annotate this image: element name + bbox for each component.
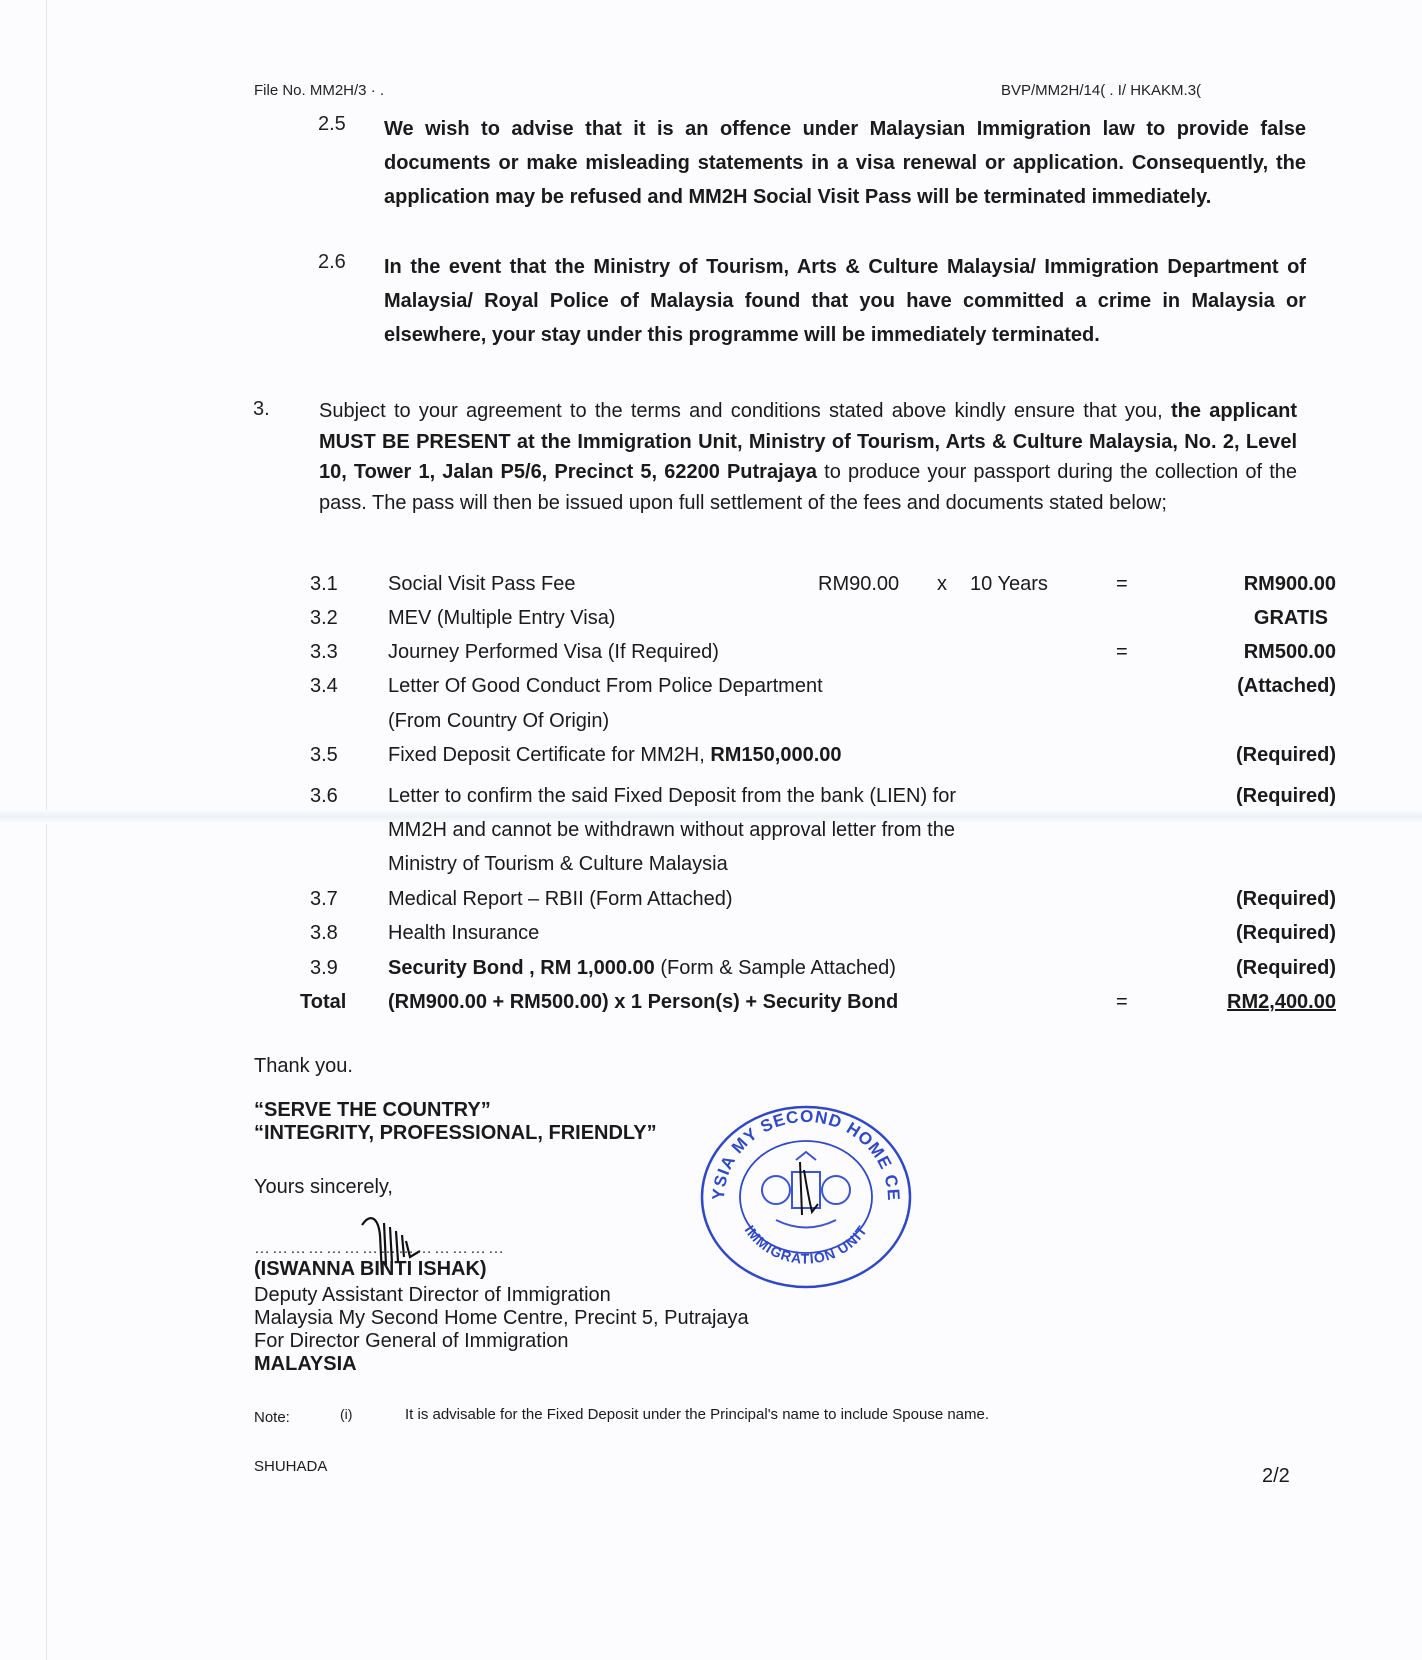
- svg-text:IMMIGRATION UNIT: IMMIGRATION UNIT: [742, 1222, 871, 1267]
- fee-item: 3.7 Medical Report – RBII (Form Attached…: [0, 884, 1422, 914]
- item-desc-amount: Security Bond , RM 1,000.00: [388, 957, 655, 979]
- fee-item: 3.4 Letter Of Good Conduct From Police D…: [0, 671, 1422, 701]
- thank-you: Thank you.: [254, 1055, 353, 1078]
- fee-item-continued: MM2H and cannot be withdrawn without app…: [0, 815, 1422, 845]
- item-number: 3.2: [310, 603, 338, 633]
- fee-item: 3.3 Journey Performed Visa (If Required)…: [0, 637, 1422, 667]
- item-desc-text: Fixed Deposit Certificate for MM2H,: [388, 744, 710, 766]
- equals-sign: =: [1116, 637, 1128, 667]
- item-desc: MEV (Multiple Entry Visa): [388, 603, 615, 633]
- fee-item: 3.2 MEV (Multiple Entry Visa) GRATIS: [0, 603, 1422, 633]
- item-number: 3.8: [310, 918, 338, 948]
- total-formula: (RM900.00 + RM500.00) x 1 Person(s) + Se…: [388, 987, 898, 1017]
- fee-item: 3.9 Security Bond , RM 1,000.00 (Form & …: [0, 953, 1422, 983]
- item-number: 3.4: [310, 671, 338, 701]
- item-amount: GRATIS: [1254, 603, 1328, 633]
- clause-number: 2.5: [318, 113, 346, 136]
- item-amount: RM900.00: [1244, 569, 1336, 599]
- item-status: (Required): [1236, 740, 1336, 770]
- item-desc: Health Insurance: [388, 918, 539, 948]
- item-status: (Required): [1236, 884, 1336, 914]
- item-amount: RM500.00: [1244, 637, 1336, 667]
- item-desc-amount: RM150,000.00: [710, 744, 841, 766]
- item-number: 3.5: [310, 740, 338, 770]
- note-index: (i): [340, 1406, 352, 1422]
- signatory-for: For Director General of Immigration: [254, 1330, 569, 1353]
- clause-text: We wish to advise that it is an offence …: [384, 112, 1306, 214]
- motto-line-2: “INTEGRITY, PROFESSIONAL, FRIENDLY”: [254, 1122, 657, 1145]
- item-status: (Required): [1236, 781, 1336, 811]
- item-desc: Fixed Deposit Certificate for MM2H, RM15…: [388, 740, 842, 770]
- motto-line-1: “SERVE THE COUNTRY”: [254, 1099, 491, 1122]
- item-desc: Security Bond , RM 1,000.00 (Form & Samp…: [388, 953, 896, 983]
- file-number: File No. MM2H/3 · .: [254, 82, 384, 99]
- section-text-a: Subject to your agreement to the terms a…: [319, 400, 1171, 422]
- item-number: 3.6: [310, 781, 338, 811]
- item-number: 3.7: [310, 884, 338, 914]
- signature-dots: ……………………………………: [254, 1240, 506, 1258]
- signatory-title: Deputy Assistant Director of Immigration: [254, 1284, 611, 1307]
- total-amount: RM2,400.00: [1227, 987, 1336, 1017]
- official-stamp: MALAYSIA MY SECOND HOME CENTRE IMMIGRATI…: [696, 1100, 916, 1290]
- item-desc: Journey Performed Visa (If Required): [388, 637, 719, 667]
- section-number: 3.: [253, 398, 270, 421]
- fee-item: 3.8 Health Insurance (Required): [0, 918, 1422, 948]
- item-number: 3.9: [310, 953, 338, 983]
- signatory-name: (ISWANNA BINTI ISHAK): [254, 1258, 487, 1281]
- section-text: Subject to your agreement to the terms a…: [319, 396, 1297, 518]
- fee-item-continued: (From Country Of Origin): [0, 706, 1422, 736]
- item-desc: Letter to confirm the said Fixed Deposit…: [388, 781, 956, 811]
- item-years: 10 Years: [970, 569, 1048, 599]
- item-desc: Ministry of Tourism & Culture Malaysia: [388, 849, 728, 879]
- yours-sincerely: Yours sincerely,: [254, 1176, 393, 1199]
- clause-text: In the event that the Ministry of Touris…: [384, 250, 1306, 352]
- item-desc: (From Country Of Origin): [388, 706, 609, 736]
- item-desc: Letter Of Good Conduct From Police Depar…: [388, 671, 823, 701]
- item-desc-text: (Form & Sample Attached): [655, 957, 896, 979]
- page-number: 2/2: [1262, 1465, 1290, 1488]
- fee-item: 3.5 Fixed Deposit Certificate for MM2H, …: [0, 740, 1422, 770]
- fee-item: 3.1 Social Visit Pass Fee RM90.00 x 10 Y…: [0, 569, 1422, 599]
- svg-text:MALAYSIA MY SECOND HOME CENTRE: MALAYSIA MY SECOND HOME CENTRE: [696, 1100, 903, 1202]
- total-row: Total (RM900.00 + RM500.00) x 1 Person(s…: [0, 987, 1422, 1017]
- initials: SHUHADA: [254, 1458, 327, 1475]
- item-desc: MM2H and cannot be withdrawn without app…: [388, 815, 955, 845]
- stamp-bottom-text: IMMIGRATION UNIT: [742, 1222, 871, 1267]
- item-status: (Required): [1236, 918, 1336, 948]
- item-status: (Required): [1236, 953, 1336, 983]
- note-text: It is advisable for the Fixed Deposit un…: [405, 1406, 989, 1423]
- signatory-office: Malaysia My Second Home Centre, Precint …: [254, 1307, 749, 1330]
- stamp-top-text: MALAYSIA MY SECOND HOME CENTRE: [696, 1100, 903, 1202]
- item-number: 3.3: [310, 637, 338, 667]
- signatory-country: MALAYSIA: [254, 1353, 357, 1376]
- equals-sign: =: [1116, 569, 1128, 599]
- item-status: (Attached): [1237, 671, 1336, 701]
- item-rate: RM90.00: [818, 569, 899, 599]
- note-label: Note:: [254, 1409, 290, 1426]
- clause-number: 2.6: [318, 251, 346, 274]
- fee-item: 3.6 Letter to confirm the said Fixed Dep…: [0, 781, 1422, 811]
- reference-number: BVP/MM2H/14( . I/ HKAKM.3(: [1001, 82, 1201, 99]
- item-desc: Medical Report – RBII (Form Attached): [388, 884, 733, 914]
- item-desc: Social Visit Pass Fee: [388, 569, 576, 599]
- total-label: Total: [300, 987, 346, 1017]
- fee-item-continued: Ministry of Tourism & Culture Malaysia: [0, 849, 1422, 879]
- item-number: 3.1: [310, 569, 338, 599]
- item-multiply: x: [937, 569, 947, 599]
- equals-sign: =: [1116, 987, 1128, 1017]
